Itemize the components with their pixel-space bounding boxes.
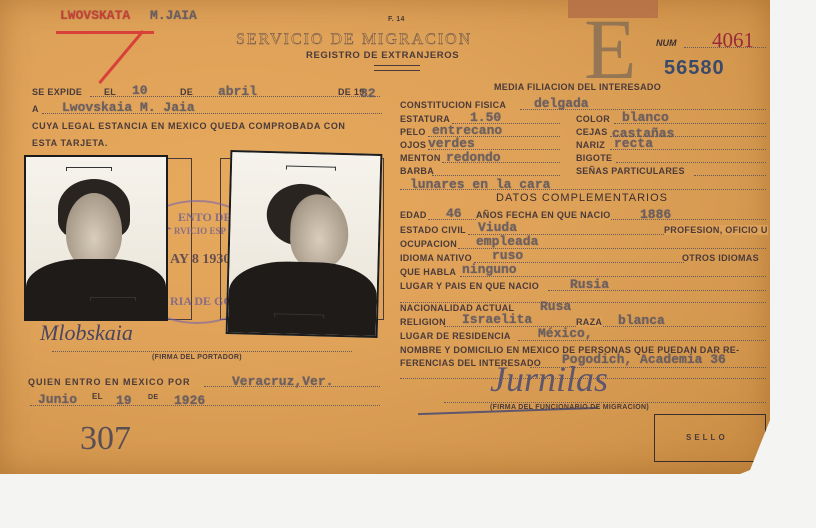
category-letter: E [584, 6, 637, 92]
entry-month: Junio [38, 392, 77, 407]
issue-month: abril [218, 84, 257, 99]
issue-day: 10 [132, 83, 148, 98]
stamped-number: 56580 [664, 57, 725, 80]
issue-year: 32 [360, 86, 376, 101]
nacimiento-value: 1886 [640, 207, 671, 222]
typed-name: LWOVSKATA M.JAIA [60, 8, 197, 23]
ojos-value: verdes [428, 136, 475, 151]
card-number: 4061 [712, 28, 754, 53]
barba-dots [432, 175, 560, 176]
senas-dots [694, 175, 766, 176]
color-label: COLOR [576, 114, 610, 124]
religion-label: RELIGION [400, 317, 446, 327]
estado-civil-value: Viuda [478, 220, 517, 235]
handwritten-number: 307 [80, 420, 131, 458]
el-label: EL [104, 87, 116, 97]
pelo-label: PELO [400, 127, 426, 137]
menton-value: redondo [446, 150, 501, 165]
stamp-line1: ENTO DE [178, 210, 231, 225]
legal-text-line1: CUYA LEGAL ESTANCIA EN MEXICO QUEDA COMP… [32, 121, 346, 131]
ojos-label: OJOS [400, 140, 426, 150]
religion-value: Israelita [462, 312, 532, 327]
entry-de-label: DE [148, 394, 158, 401]
otros-idiomas-value: ninguno [462, 262, 517, 277]
nariz-label: NARIZ [576, 140, 605, 150]
sello-label: SELLO [686, 433, 728, 442]
holder-signature-caption: (FIRMA DEL PORTADOR) [152, 354, 242, 361]
edad-value: 46 [446, 206, 462, 221]
bigote-dots [616, 162, 766, 163]
title-rule [374, 65, 420, 71]
photo-profile [226, 150, 383, 338]
entry-day: 19 [116, 393, 132, 408]
recipient-name: Lwovskaia M. Jaia [62, 100, 195, 115]
official-signature-line [444, 402, 766, 403]
entry-port: Veracruz,Ver. [232, 374, 333, 389]
senas-value: lunares en la cara [410, 177, 550, 192]
residencia-label: LUGAR DE RESIDENCIA [400, 331, 511, 341]
form-number: F. 14 [388, 16, 405, 23]
profesion-label: PROFESION, OFICIO U [664, 225, 768, 235]
document-title: SERVICIO DE MIGRACION [236, 31, 472, 49]
typed-given-name: M.JAIA [150, 8, 197, 23]
nariz-value: recta [614, 136, 653, 151]
stamp-line2: RVICIO ESP [174, 226, 226, 236]
a-label: A [32, 104, 39, 114]
menton-label: MENTON [400, 153, 441, 163]
raza-value: blanca [618, 313, 665, 328]
entry-year: 1926 [174, 393, 205, 408]
entry-el-label: EL [92, 392, 103, 401]
constitucion-value: delgada [534, 96, 589, 111]
senas-label: SEÑAS PARTICULARES [576, 166, 685, 176]
official-signature: Jurnilas [490, 358, 608, 400]
num-label: NUM [656, 38, 677, 48]
ocupacion-value: empleada [476, 234, 538, 249]
nacionalidad-value: Rusa [540, 299, 571, 314]
typed-surname: LWOVSKATA [60, 8, 130, 23]
cejas-label: CEJAS [576, 127, 608, 137]
official-signature-caption: (FIRMA DEL FUNCIONARIO DE MIGRACION) [490, 404, 649, 411]
holder-signature-line [52, 351, 352, 352]
document-subtitle: REGISTRO DE EXTRANJEROS [306, 50, 459, 61]
complementarios-heading: DATOS COMPLEMENTARIOS [496, 192, 668, 204]
color-value: blanco [622, 110, 669, 125]
idioma-value: ruso [492, 248, 523, 263]
immigration-card: LWOVSKATA M.JAIA F. 14 SERVICIO DE MIGRA… [0, 0, 770, 474]
lugar-nacimiento-label: LUGAR Y PAIS EN QUE NACIO [400, 281, 539, 291]
stamp-line3: RIA DE GO [170, 294, 233, 309]
photo-front [24, 155, 168, 321]
lugar-nacimiento-value: Rusia [570, 277, 609, 292]
holder-signature: Mlobskaia [40, 320, 133, 346]
se-expide-label: SE EXPIDE [32, 87, 82, 97]
anos-label: AÑOS FECHA EN QUE NACIO [476, 210, 611, 220]
estado-civil-label: ESTADO CIVIL [400, 225, 466, 235]
residencia-value: México, [538, 326, 593, 341]
barba-label: BARBA [400, 166, 434, 176]
ocupacion-label: OCUPACION [400, 239, 457, 249]
otros-idiomas-label: OTROS IDIOMAS [682, 253, 759, 263]
legal-text-line2: ESTA TARJETA. [32, 138, 108, 148]
bigote-label: BIGOTE [576, 153, 612, 163]
entry-label: QUIEN ENTRO EN MEXICO POR [28, 377, 191, 387]
de-label: DE [180, 87, 193, 97]
que-habla-label: QUE HABLA [400, 267, 456, 277]
constitucion-label: CONSTITUCION FISICA [400, 100, 506, 110]
red-check-mark [98, 30, 144, 84]
edad-label: EDAD [400, 210, 427, 220]
filiacion-heading: MEDIA FILIACION DEL INTERESADO [494, 82, 661, 92]
stamp-date: AY 8 1930 [170, 252, 230, 268]
